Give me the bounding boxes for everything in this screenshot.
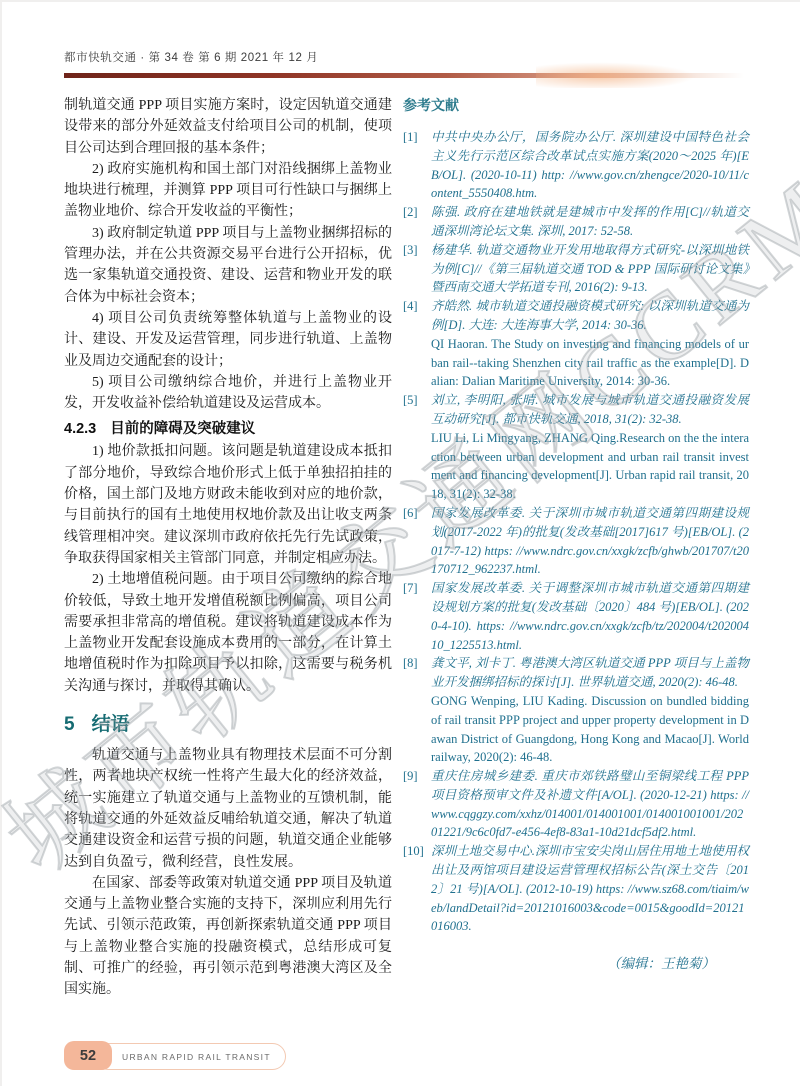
section-number: 5 <box>64 714 75 735</box>
reference-label: [3] <box>403 241 431 297</box>
reference-text: 齐皓然. 城市轨道交通投融资模式研究: 以深圳轨道交通为例[D]. 大连: 大连… <box>431 297 749 335</box>
reference-text: 中共中央办公厅，国务院办公厅. 深圳建设中国特色社会主义先行示范区综合改革试点实… <box>431 128 749 203</box>
paragraph-continuation: 制轨道交通 PPP 项目实施方案时，设定因轨道交通建设带来的部分外延效益支付给项… <box>64 95 392 159</box>
reference-item: [9] 重庆住房城乡建委. 重庆市郊铁路璧山至铜梁线工程 PPP 项目资格预审文… <box>403 767 749 842</box>
paragraph-obstacle-2: 2) 土地增值税问题。由于项目公司缴纳的综合地价较低，导致土地开发增值税额比例偏… <box>64 569 392 697</box>
paragraph-conclusion-2: 在国家、部委等政策对轨道交通 PPP 项目及轨道交通与上盖物业整合实施的支持下，… <box>64 873 392 1001</box>
subsection-title: 目前的障碍及突破建议 <box>110 421 255 437</box>
reference-text-en: QI Haoran. The Study on investing and fi… <box>431 335 749 391</box>
reference-label: [7] <box>403 579 431 654</box>
journal-name-pill: URBAN RAPID RAIL TRANSIT <box>95 1043 286 1070</box>
page-number-badge: 52 <box>64 1041 112 1070</box>
reference-label: [5] <box>403 391 431 504</box>
decorative-swoosh <box>536 62 696 88</box>
paragraph-item-3: 3) 政府制定轨道 PPP 项目与上盖物业捆绑招标的管理办法，并在公共资源交易平… <box>64 223 392 308</box>
journal-header-line: 都市快轨交通 · 第 34 卷 第 6 期 2021 年 12 月 <box>64 49 318 65</box>
reference-text: 国家发展改革委. 关于调整深圳市城市轨道交通第四期建设规划方案的批复(发改基础〔… <box>431 579 749 654</box>
reference-item: [4] 齐皓然. 城市轨道交通投融资模式研究: 以深圳轨道交通为例[D]. 大连… <box>403 297 749 391</box>
section-heading-conclusion: 5结语 <box>64 709 392 736</box>
reference-item: [2] 陈强. 政府在建地铁就是建城市中发挥的作用[C]//轨道交通深圳湾论坛文… <box>403 203 749 241</box>
reference-item: [1] 中共中央办公厅，国务院办公厅. 深圳建设中国特色社会主义先行示范区综合改… <box>403 128 749 203</box>
reference-item: [10] 深圳土地交易中心.深圳市宝安尖岗山居住用地土地使用权出让及两馆项目建设… <box>403 842 749 936</box>
paragraph-conclusion-1: 轨道交通与上盖物业具有物理技术层面不可分割性，两者地块产权统一性将产生最大化的经… <box>64 745 392 873</box>
reference-item: [8] 龚文平, 刘卡丁. 粤港澳大湾区轨道交通 PPP 项目与上盖物业开发捆绑… <box>403 654 749 767</box>
reference-text-en: LIU Li, Li Mingyang, ZHANG Qing.Research… <box>431 429 749 504</box>
reference-text: 深圳土地交易中心.深圳市宝安尖岗山居住用地土地使用权出让及两馆项目建设运营管理权… <box>431 842 749 936</box>
reference-text: 刘立, 李明阳, 张晴. 城市发展与城市轨道交通投融资发展互动研究[J]. 都市… <box>431 391 749 429</box>
reference-label: [4] <box>403 297 431 391</box>
reference-label: [6] <box>403 504 431 579</box>
reference-text: 龚文平, 刘卡丁. 粤港澳大湾区轨道交通 PPP 项目与上盖物业开发捆绑招标的探… <box>431 654 749 692</box>
subsection-number: 4.2.3 <box>64 421 96 437</box>
reference-text: 陈强. 政府在建地铁就是建城市中发挥的作用[C]//轨道交通深圳湾论坛文集. 深… <box>431 203 749 241</box>
reference-text: 国家发展改革委. 关于深圳市城市轨道交通第四期建设规划(2017-2022 年)… <box>431 504 749 579</box>
reference-item: [7] 国家发展改革委. 关于调整深圳市城市轨道交通第四期建设规划方案的批复(发… <box>403 579 749 654</box>
reference-item: [3] 杨建华. 轨道交通物业开发用地取得方式研究-以深圳地铁为例[C]//《第… <box>403 241 749 297</box>
references-column: 参考文献 [1] 中共中央办公厅，国务院办公厅. 深圳建设中国特色社会主义先行示… <box>403 95 749 972</box>
section-title: 结语 <box>92 714 130 735</box>
reference-label: [10] <box>403 842 431 936</box>
references-heading: 参考文献 <box>403 95 749 115</box>
reference-text-en: GONG Wenping, LIU Kading. Discussion on … <box>431 692 749 767</box>
subsection-heading: 4.2.3目前的障碍及突破建议 <box>64 417 392 438</box>
reference-item: [5] 刘立, 李明阳, 张晴. 城市发展与城市轨道交通投融资发展互动研究[J]… <box>403 391 749 504</box>
journal-page: 都市快轨交通 · 第 34 卷 第 6 期 2021 年 12 月 城市轨道交通… <box>0 0 800 1086</box>
paragraph-obstacle-1: 1) 地价款抵扣问题。该问题是轨道建设成本抵扣了部分地价，导致综合地价形式上低于… <box>64 441 392 569</box>
paragraph-item-5: 5) 项目公司缴纳综合地价，并进行上盖物业开发，开发收益补偿给轨道建设及运营成本… <box>64 372 392 415</box>
reference-text: 杨建华. 轨道交通物业开发用地取得方式研究-以深圳地铁为例[C]//《第三届轨道… <box>431 241 749 297</box>
reference-label: [9] <box>403 767 431 842</box>
paragraph-item-2: 2) 政府实施机构和国土部门对沿线捆绑上盖物业地块进行梳理，并测算 PPP 项目… <box>64 159 392 223</box>
editor-note: （编辑：王艳菊） <box>403 952 749 972</box>
reference-item: [6] 国家发展改革委. 关于深圳市城市轨道交通第四期建设规划(2017-202… <box>403 504 749 579</box>
reference-text: 重庆住房城乡建委. 重庆市郊铁路璧山至铜梁线工程 PPP 项目资格预审文件及补遗… <box>431 767 749 842</box>
reference-label: [2] <box>403 203 431 241</box>
reference-label: [1] <box>403 128 431 203</box>
left-column: 制轨道交通 PPP 项目实施方案时，设定因轨道交通建设带来的部分外延效益支付给项… <box>64 95 392 1001</box>
paragraph-item-4: 4) 项目公司负责统筹整体轨道与上盖物业的设计、建设、开发及运营管理，同步进行轨… <box>64 308 392 372</box>
reference-label: [8] <box>403 654 431 767</box>
